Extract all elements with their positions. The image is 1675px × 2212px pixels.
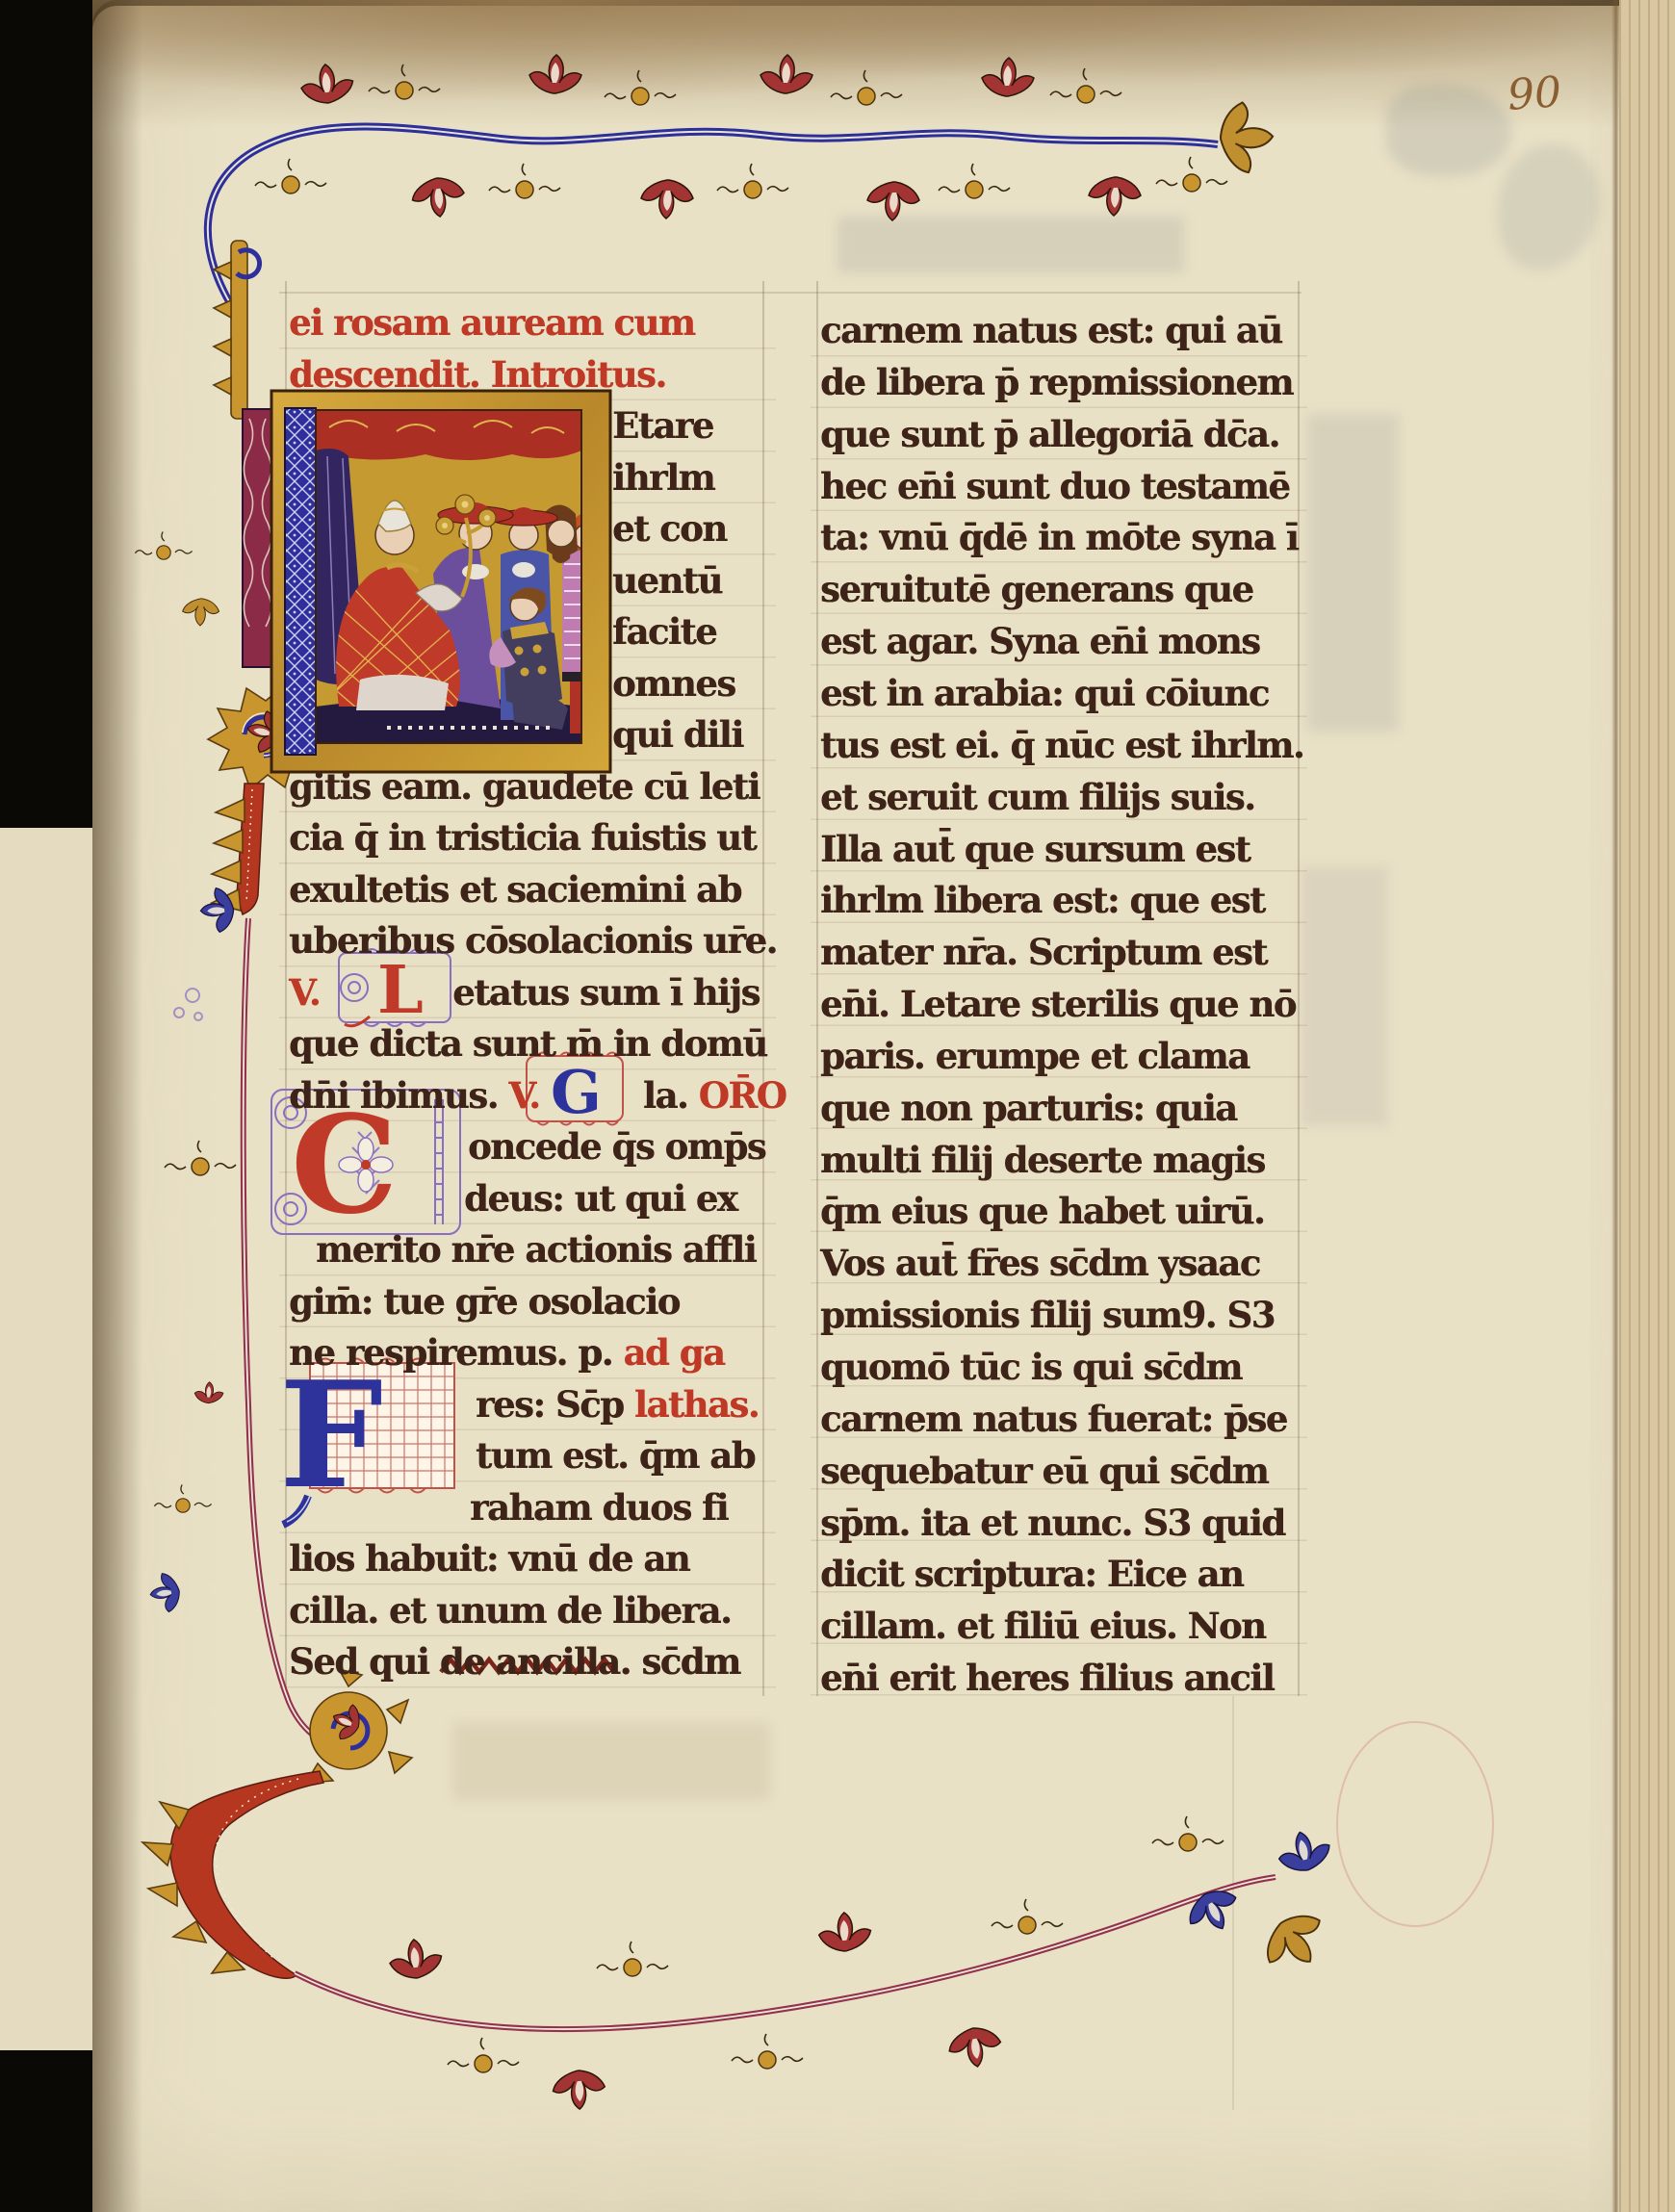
text-segment: carnem natus est: qui aū — [820, 309, 1282, 351]
text-line: et seruit cum filijs suis. — [820, 773, 1254, 825]
text-segment: oncede q̄s omp̄s — [468, 1125, 765, 1168]
text-segment: Etare — [612, 404, 713, 447]
text-line: et con — [612, 504, 727, 556]
text-segment: OR̄O — [699, 1074, 786, 1117]
text-segment: la. — [643, 1074, 699, 1117]
text-line: est agar. Syna en̄i mons — [820, 617, 1259, 669]
text-segment: hec en̄i sunt duo testamē — [820, 465, 1289, 507]
text-segment: seruitutē generans que — [820, 568, 1253, 610]
text-segment: sequebatur eū qui sc̄dm — [820, 1450, 1268, 1492]
text-segment: et seruit cum filijs suis. — [820, 776, 1254, 818]
text-line: sp̄m. ita et nunc. S3 quid — [820, 1499, 1285, 1551]
text-segment: lios habuit: vnū de an — [289, 1537, 689, 1580]
text-line: gim̄: tue gr̄e osolacio — [289, 1277, 680, 1329]
text-line: ei rosam auream cum — [289, 298, 694, 350]
text-segment: ne respiremus. p. — [289, 1331, 623, 1374]
text-line: ihrlm libera est: que est — [820, 876, 1265, 928]
text-segment: uberibus cōsolacionis ur̄e. — [289, 919, 777, 962]
text-segment: ihrlm libera est: que est — [820, 879, 1265, 921]
text-line: paris. erumpe et clama — [820, 1032, 1250, 1084]
text-segment: que sunt p̄ allegoriā dc̄a. — [820, 413, 1279, 455]
text-segment: dicit scriptura: Eice an — [820, 1553, 1243, 1595]
text-line: deus: ut qui ex — [464, 1174, 736, 1226]
text-segment: uentū — [612, 559, 722, 602]
text-line: ihrlm — [612, 453, 714, 505]
text-line: gitis eam. gaudete cū leti — [289, 762, 760, 814]
top-border-vine — [208, 55, 1276, 320]
text-line: merito nr̄e actionis affli — [316, 1225, 756, 1277]
text-segment: Sed qui de ancilla. sc̄dm — [289, 1640, 740, 1683]
text-segment: de libera p̄ repmissionem — [820, 361, 1293, 403]
text-segment: facite — [612, 610, 716, 653]
text-line: cillam. et filiū eius. Non — [820, 1602, 1265, 1654]
text-line: de libera p̄ repmissionem — [820, 358, 1293, 410]
text-segment: et con — [612, 507, 727, 550]
text-segment: V. — [289, 971, 320, 1014]
text-line: mater nr̄a. Scriptum est — [820, 928, 1267, 980]
bottom-border-vine — [142, 1669, 1336, 2111]
text-line: sequebatur eū qui sc̄dm — [820, 1447, 1268, 1499]
text-line: carnem natus est: qui aū — [820, 306, 1282, 358]
text-line: ne respiremus. p. ad ga — [289, 1328, 725, 1380]
text-line: hec en̄i sunt duo testamē — [820, 462, 1289, 514]
text-segment: deus: ut qui ex — [464, 1177, 736, 1220]
text-segment: multi filij deserte magis — [820, 1139, 1265, 1181]
text-line: Sed qui de ancilla. sc̄dm — [289, 1637, 740, 1689]
text-segment: q̄m eius que habet uirū. — [820, 1190, 1264, 1232]
text-segment: que dicta sunt m̄ in domū — [289, 1022, 767, 1065]
text-line: uentū — [612, 556, 722, 608]
text-line: dn̄i ibimus. V. la. OR̄O — [289, 1071, 786, 1123]
text-segment: Illa aut̄ que sursum est — [820, 828, 1250, 870]
text-segment: lathas. — [634, 1383, 759, 1426]
text-line: cia q̄ in tristicia fuistis ut — [289, 813, 756, 865]
text-line: tum est. q̄m ab — [476, 1431, 755, 1483]
text-segment: tus est ei. q̄ nūc est ihrlm. — [820, 724, 1303, 766]
text-line: V.etatus sum ī hijs — [289, 968, 760, 1020]
text-line: que non parturis: quia — [820, 1084, 1237, 1136]
text-segment: cia q̄ in tristicia fuistis ut — [289, 816, 756, 859]
text-line: facite — [612, 607, 716, 659]
text-line: q̄m eius que habet uirū. — [820, 1187, 1264, 1239]
text-segment: merito nr̄e actionis affli — [316, 1228, 756, 1271]
text-line: en̄i erit heres filius ancil — [820, 1654, 1274, 1706]
text-segment: ad ga — [623, 1331, 724, 1374]
text-line: raham duos fi — [470, 1483, 728, 1535]
text-line: Etare — [612, 401, 713, 453]
text-line: multi filij deserte magis — [820, 1136, 1265, 1188]
text-segment: cillam. et filiū eius. Non — [820, 1605, 1265, 1647]
text-column-left: ei rosam auream cumdescendit. Introitus.… — [289, 298, 782, 1696]
text-line: exultetis et saciemini ab — [289, 865, 741, 917]
text-segment: mater nr̄a. Scriptum est — [820, 931, 1267, 973]
text-line: res: Sc̄p lathas. — [476, 1380, 759, 1432]
text-segment: V. — [508, 1074, 551, 1117]
text-segment: etatus sum ī hijs — [452, 971, 760, 1014]
text-line: descendit. Introitus. — [289, 350, 666, 402]
text-column-right: carnem natus est: qui aūde libera p̄ rep… — [820, 306, 1313, 1711]
text-line: qui dili — [612, 710, 743, 762]
text-line: dicit scriptura: Eice an — [820, 1550, 1243, 1602]
text-line: cilla. et unum de libera. — [289, 1586, 731, 1638]
text-segment: ei rosam auream cum — [289, 301, 694, 344]
text-line: ta: vnū q̄dē in mōte syna ī — [820, 513, 1298, 565]
text-line: Illa aut̄ que sursum est — [820, 825, 1250, 877]
text-segment: ta: vnū q̄dē in mōte syna ī — [820, 516, 1298, 558]
text-segment: qui dili — [612, 713, 743, 756]
text-line: omnes — [612, 659, 735, 711]
manuscript-photo: { "folio": { "number": "90" }, "initials… — [0, 0, 1675, 2212]
text-segment: que non parturis: quia — [820, 1087, 1237, 1129]
text-line: pmissionis filij sum9. S3 — [820, 1291, 1275, 1343]
text-line: que sunt p̄ allegoriā dc̄a. — [820, 410, 1279, 462]
text-line: carnem natus fuerat: p̄se — [820, 1395, 1287, 1447]
text-segment: paris. erumpe et clama — [820, 1035, 1250, 1077]
text-segment: en̄i erit heres filius ancil — [820, 1657, 1274, 1699]
text-segment: raham duos fi — [470, 1486, 728, 1529]
text-line: tus est ei. q̄ nūc est ihrlm. — [820, 721, 1303, 773]
text-line: Vos aut̄ fr̄es sc̄dm ysaac — [820, 1239, 1260, 1291]
text-segment: gitis eam. gaudete cū leti — [289, 765, 760, 808]
text-segment: est in arabia: qui cōiunc — [820, 672, 1269, 714]
text-segment: Vos aut̄ fr̄es sc̄dm ysaac — [820, 1242, 1260, 1284]
text-line: que dicta sunt m̄ in domū — [289, 1019, 767, 1071]
text-segment: omnes — [612, 662, 735, 705]
text-line: est in arabia: qui cōiunc — [820, 669, 1269, 721]
text-line: seruitutē generans que — [820, 565, 1253, 617]
text-line: quomō tūc is qui sc̄dm — [820, 1343, 1242, 1395]
text-segment: dn̄i ibimus. — [289, 1074, 508, 1117]
text-segment: quomō tūc is qui sc̄dm — [820, 1346, 1242, 1388]
text-segment: sp̄m. ita et nunc. S3 quid — [820, 1502, 1285, 1544]
text-segment: cilla. et unum de libera. — [289, 1589, 731, 1632]
text-line: oncede q̄s omp̄s — [468, 1122, 765, 1174]
text-segment: tum est. q̄m ab — [476, 1434, 755, 1477]
text-line: en̄i. Letare sterilis que nō — [820, 980, 1296, 1032]
text-line: uberibus cōsolacionis ur̄e. — [289, 916, 777, 968]
text-segment: gim̄: tue gr̄e osolacio — [289, 1280, 680, 1323]
text-segment: est agar. Syna en̄i mons — [820, 620, 1259, 662]
text-line: lios habuit: vnū de an — [289, 1534, 689, 1586]
text-segment: ihrlm — [612, 456, 714, 499]
text-segment: pmissionis filij sum9. S3 — [820, 1294, 1275, 1336]
text-segment: en̄i. Letare sterilis que nō — [820, 983, 1296, 1025]
text-segment: descendit. Introitus. — [289, 353, 666, 396]
text-segment: exultetis et saciemini ab — [289, 868, 741, 911]
text-segment: res: Sc̄p — [476, 1383, 634, 1426]
text-segment: carnem natus fuerat: p̄se — [820, 1398, 1287, 1440]
